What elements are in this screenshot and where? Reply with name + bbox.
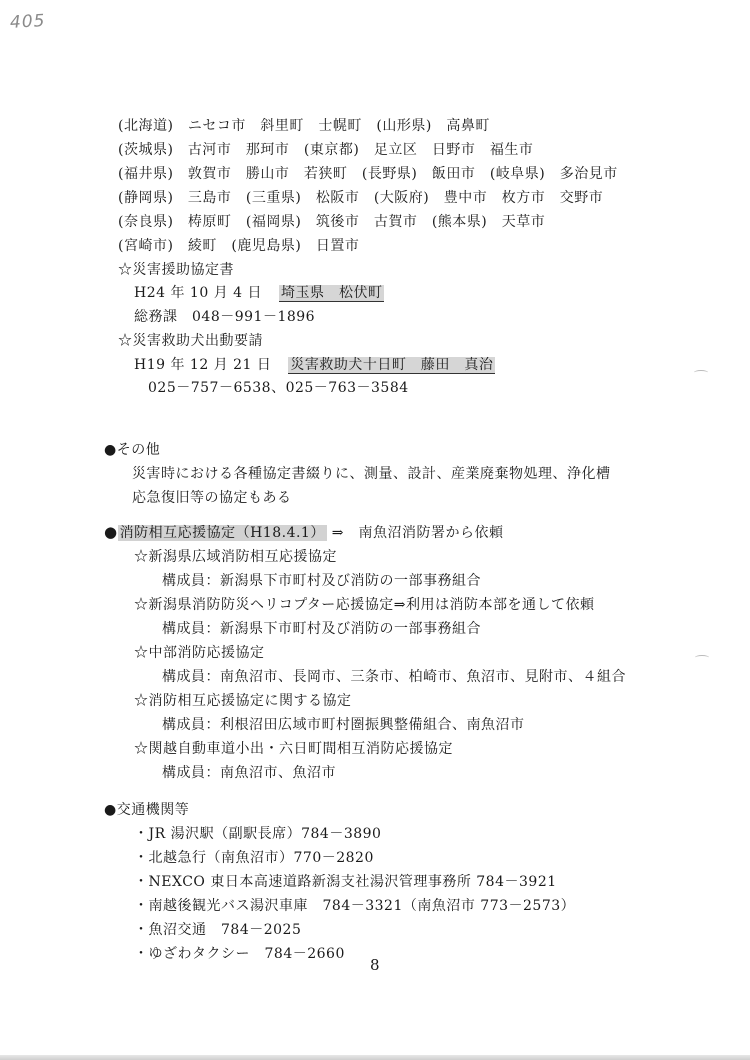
transport-item: ・ゆざわタクシー 784－2660 bbox=[134, 944, 345, 964]
page-number: 8 bbox=[370, 956, 380, 974]
scan-margin-mark bbox=[695, 655, 709, 660]
municipality-line: (茨城県) 古河市 那珂市 (東京都) 足立区 日野市 福生市 bbox=[118, 140, 533, 160]
fire-mutual-heading-row: ●消防相互応援協定（H18.4.1） ⇒ 南魚沼消防署から依頼 bbox=[104, 522, 504, 543]
fire-mutual-note: ⇒ 南魚沼消防署から依頼 bbox=[332, 525, 504, 541]
municipality-line: (北海道) ニセコ市 斜里町 士幌町 (山形県) 高鼻町 bbox=[118, 116, 490, 136]
municipality-line: (静岡県) 三島市 (三重県) 松阪市 (大阪府) 豊中市 枚方市 交野市 bbox=[118, 188, 603, 208]
transport-item: ・南越後観光バス湯沢車庫 784－3321（南魚沼市 773－2573） bbox=[134, 896, 575, 916]
disaster-aid-heading: ☆災害援助協定書 bbox=[118, 260, 234, 280]
municipality-line: (奈良県) 梼原町 (福岡県) 筑後市 古賀市 (熊本県) 天草市 bbox=[118, 212, 545, 232]
rescue-dog-heading: ☆災害救助犬出動要請 bbox=[118, 331, 263, 351]
transport-heading: ●交通機関等 bbox=[104, 800, 189, 820]
scan-bottom-edge bbox=[0, 1055, 750, 1060]
agreement-members: 構成員：新潟県下市町村及び消防の一部事務組合 bbox=[162, 571, 481, 591]
disaster-aid-party: 埼玉県 松伏町 bbox=[279, 285, 385, 302]
other-text-line: 応急復旧等の協定もある bbox=[132, 488, 292, 508]
agreement-title: ☆新潟県消防防災ヘリコプター応援協定⇒利用は消防本部を通して依頼 bbox=[134, 595, 594, 615]
agreement-members: 構成員：南魚沼市、魚沼市 bbox=[162, 763, 336, 783]
agreement-members: 構成員：利根沼田広域市町村圏振興整備組合、南魚沼市 bbox=[162, 715, 525, 735]
disaster-aid-contact: 総務課 048－991－1896 bbox=[134, 307, 315, 327]
transport-item: ・NEXCO 東日本高速道路新潟支社湯沢管理事務所 784－3921 bbox=[134, 872, 557, 892]
municipality-line: (宮崎市) 綾町 (鹿児島県) 日置市 bbox=[118, 236, 359, 256]
transport-item: ・JR 湯沢駅（副駅長席）784－3890 bbox=[134, 824, 381, 844]
fire-mutual-heading: 消防相互応援協定（H18.4.1） bbox=[118, 525, 327, 541]
rescue-dog-contact: 025－757－6538、025－763－3584 bbox=[148, 378, 409, 398]
agreement-members: 構成員：新潟県下市町村及び消防の一部事務組合 bbox=[162, 619, 481, 639]
agreement-title: ☆中部消防応援協定 bbox=[134, 643, 265, 663]
scan-margin-mark bbox=[694, 370, 708, 375]
agreement-title: ☆関越自動車道小出・六日町間相互消防応援協定 bbox=[134, 739, 453, 759]
rescue-dog-row: H19 年 12 月 21 日 災害救助犬十日町 藤田 真治 bbox=[134, 355, 495, 375]
disaster-aid-date: H24 年 10 月 4 日 bbox=[134, 285, 262, 301]
transport-item: ・魚沼交通 784－2025 bbox=[134, 920, 301, 940]
rescue-dog-date: H19 年 12 月 21 日 bbox=[134, 357, 271, 373]
other-text-line: 災害時における各種協定書綴りに、測量、設計、産業廃棄物処理、浄化槽 bbox=[132, 464, 611, 484]
rescue-dog-party: 災害救助犬十日町 藤田 真治 bbox=[288, 357, 495, 374]
disaster-aid-row: H24 年 10 月 4 日 埼玉県 松伏町 bbox=[134, 283, 384, 303]
other-heading: ●その他 bbox=[104, 440, 160, 460]
bullet-icon: ● bbox=[104, 523, 118, 541]
transport-item: ・北越急行（南魚沼市）770－2820 bbox=[134, 848, 374, 868]
agreement-title: ☆消防相互応援協定に関する協定 bbox=[134, 691, 352, 711]
agreement-title: ☆新潟県広域消防相互応援協定 bbox=[134, 547, 337, 567]
handwritten-page-mark: 405 bbox=[10, 11, 46, 33]
municipality-line: (福井県) 敦賀市 勝山市 若狭町 (長野県) 飯田市 (岐阜県) 多治見市 bbox=[118, 164, 618, 184]
agreement-members: 構成員：南魚沼市、長岡市、三条市、柏崎市、魚沼市、見附市、４組合 bbox=[162, 667, 626, 687]
